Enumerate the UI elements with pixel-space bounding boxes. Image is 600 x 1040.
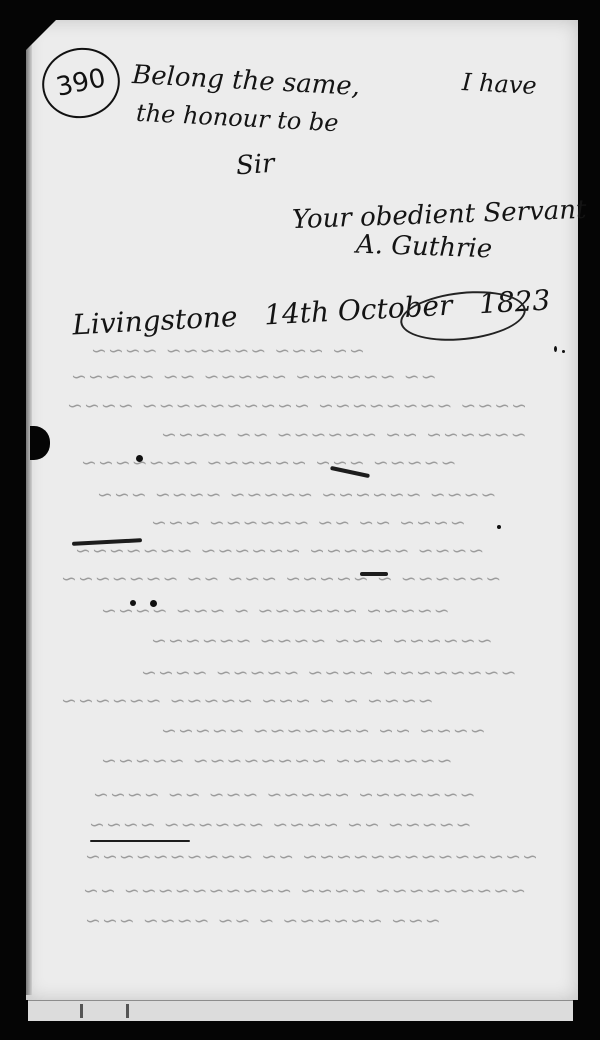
bleed-line: ~~~~~~~~~~~~~~ ~~ ~~~~~~~~~~: [84, 846, 538, 868]
bottom-tab-mark: [126, 1004, 129, 1018]
bleed-line: ~~~~~ ~~ ~~~~ ~~~~~~ ~~~~: [88, 814, 471, 836]
bleed-line: ~~~~~~ ~~ ~~~~~~ ~~ ~~~~: [160, 424, 527, 446]
bleed-line: ~~~~~~~ ~~~~~~~~ ~~~~~: [100, 750, 452, 772]
closing-line-1-right: I have: [461, 68, 537, 100]
bleed-line: ~~~~~~~ ~~~~~ ~~~ ~~ ~~~~: [92, 784, 475, 806]
bleed-line: ~~~~ ~~ ~~~~~~~ ~~~~~: [160, 720, 486, 742]
ink-blot: [562, 350, 565, 353]
folio-number: 390: [54, 63, 109, 103]
bleed-line: ~~~~ ~~~~~~ ~~~~~ ~~~~ ~~~: [96, 484, 496, 506]
bottom-tab-mark: [80, 1004, 83, 1018]
signature: A. Guthrie: [356, 230, 493, 265]
bleed-line: ~~~~ ~~~~~~ ~~~~~~ ~~~~~~~: [74, 540, 484, 562]
page-corner-fold: [26, 20, 56, 50]
bleed-line: ~~~~ ~ ~ ~~~ ~~~~~ ~~~~~~: [60, 690, 434, 712]
bleed-line: ~~~~ ~~~~~~~~ ~~~~~~~~~~ ~~~~: [66, 395, 527, 417]
bleed-line: ~~ ~~~~~~ ~~~~~ ~~ ~~~~~: [70, 366, 437, 388]
bleed-line: ~~ ~~~ ~~~~~~ ~~~~: [90, 340, 365, 362]
page-bottom-strip: [28, 1000, 573, 1021]
closing-salutation: Sir: [235, 149, 276, 182]
ink-blot: [130, 600, 136, 606]
bleed-line: ~~~ ~~~~~~ ~ ~~ ~~~~ ~~~: [84, 910, 441, 932]
bleed-line: ~~~~ ~~ ~~ ~~~~~~ ~~~: [150, 512, 466, 534]
bleed-line: ~~~~~~~~~ ~~~~ ~~~~~~~~~~ ~~: [82, 880, 526, 902]
bleed-line: ~~~~~~~~ ~~~~ ~~~~~ ~~~~: [140, 662, 516, 684]
bleed-line: ~~~~~~ ~~~ ~~~~ ~~~~~~: [150, 630, 493, 652]
ink-stroke: [90, 840, 190, 842]
ink-blot: [497, 525, 501, 529]
bleed-line: ~~~~~~ ~ ~~~~~ ~~~ ~~ ~~~~~~~: [60, 568, 501, 590]
page-left-edge: [26, 40, 32, 995]
ink-blot: [554, 346, 557, 352]
ink-blot: [150, 600, 157, 607]
ink-blot: [136, 455, 143, 462]
ink-stroke: [360, 572, 388, 576]
